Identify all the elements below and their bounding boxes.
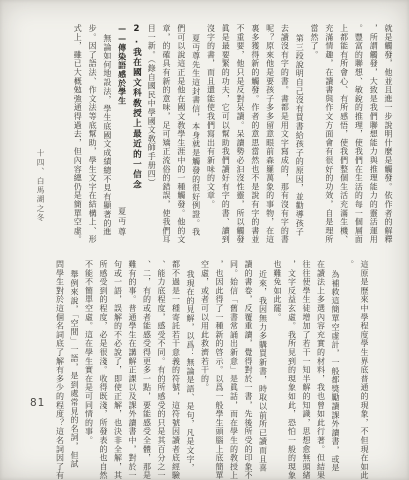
- text-column: 所感受到的程度，必是很淺。收得既淺，所發表的也自然: [96, 260, 111, 474]
- text-column: 們可以說這正是他在國文敎學生涯中的一種觸發。他的文: [173, 24, 188, 238]
- text-column: 第三段說明自己沒有買書給孩子的原因，並勸導孩子: [291, 24, 306, 238]
- section-subtitle: ——傳染語感於學生: [114, 24, 129, 105]
- section-heading: 2.我在國文科敎授上最近的一信念: [129, 24, 144, 238]
- text-column: 呢？原來他是要孩子多多留意眼前森羅萬象的事物，在這: [262, 24, 277, 238]
- text-column: 都不過是一種寄託若干意義的符號，這符號因讀者底經驗: [168, 260, 183, 474]
- text-column: ，也因此得了一種新的啓示。以爲一般學生頭腦上底簡單: [212, 260, 227, 474]
- text-column: 眞是最要緊的功夫，它可以幫助我們讀好有字的書、讀到: [217, 24, 232, 238]
- text-column: 章，的確具有新的意味，足可矯正流俗的錯誤，使我們耳: [158, 24, 173, 238]
- text-column: 往往使學生徒增加了若干一知半解的知識，思想愈無頭緒: [299, 260, 314, 474]
- text-column: 、能力底程度，感受不同。有的所感受的只是其百分之一: [154, 260, 169, 474]
- text-column: 無論如何地設法，學生底國文成績總不見有顯著的進: [99, 24, 114, 238]
- text-column: 式上，雖已大概勉強通得過去，但內容總仍是簡單空虛。: [69, 24, 84, 238]
- text-column: 步。因了語法、作文法等底幫助，學生文字在結構上、形: [84, 24, 99, 238]
- text-column: 問學生對於這個名詞底了解有多少的程度？這名詞因了有: [52, 260, 67, 474]
- text-column: 上都能有所會心、有所感悟，使我們整個生活充滿生機、: [336, 24, 351, 238]
- text-column: 也難免如此罷。: [270, 260, 285, 474]
- text-column: 當然了。: [306, 24, 321, 238]
- text-column: 讀的書卷，反覆重讀，覺得對於一書，先後所受的印象不: [241, 260, 256, 474]
- scanned-page: 就是觸發，他並且進一步說明什麼是觸發。依作者的解釋 ，所謂觸發，大致是我們聯想能…: [0, 0, 409, 480]
- text-column: ，文字反益玄虛。我所見到的現象如此，恐怕一般的現象: [284, 260, 299, 474]
- text-column: 。豐富的聯想、敏銳的推理，使我們在生活的每一個層面: [351, 24, 366, 238]
- page-number: 81: [30, 397, 45, 409]
- text-column: 近來，我因無力多購買新書，時取以前所已讀而且喜: [255, 260, 270, 474]
- text-column: 。: [342, 260, 357, 474]
- text-column: 空虛，或者可以用此救濟若干的。: [197, 260, 212, 474]
- text-column: 難有的事。普通學生在講解正課以及課外讀書中，對於一: [125, 260, 140, 474]
- running-title: 十四、白馬湖之冬: [35, 149, 46, 223]
- text-column: 舉例來說，「空間」一語，是到處常見的名詞，但試: [67, 260, 82, 474]
- text-column: 不能不簡單空虛。這在學生實在是可同情的事。: [81, 260, 96, 474]
- text-column: 去讀沒有字的書。書都是用文字寫成的，那有沒有字的書: [277, 24, 292, 238]
- text-column: 就是觸發，他並且進一步說明什麼是觸發。依作者的解釋: [380, 24, 395, 238]
- text-column: 這原是歷來中學程度學生界底普通的現象，不但現在如此: [357, 260, 372, 474]
- text-column: 為補救這簡單空虛計，一般都獎勵讀課外讀書，或是: [328, 260, 343, 474]
- text-column: 不重要，他只是反對呆讀。呆讀勢必汩沒性靈，所以觸發: [232, 24, 247, 238]
- text-column: 、二，有的或者能感受得更多一點，要能感受全體，那是: [139, 260, 154, 474]
- text-column: 目一新。（錄自國民中學國文敎師手册四）: [143, 24, 158, 238]
- text-column: 在讀法上多選內容充實的材料，我也曾如此行著。但結果: [313, 260, 328, 474]
- text-column: 同。始信「舊書常誦出新意」是眞話，而在學生的敎授上: [226, 260, 241, 474]
- text-column: 裏多獲得新的觸發。作者的意思當然也不是說有字的書並: [247, 24, 262, 238]
- bottom-text-block: 這原是歷來中學程度學生界底普通的現象，不但現在如此 。 為補救這簡單空虛計，一般…: [49, 260, 371, 474]
- text-column: 我現在的見解，以爲：無論是語、是句，凡是文字，: [183, 260, 198, 474]
- text-column: 充滿情趣，在讀書與作文方面會有很好的功效，自是理所: [321, 24, 336, 238]
- text-column: ，所謂觸發，大致是我們聯想能力與推理能力的靈活運用: [365, 24, 380, 238]
- section-subtitle-column: ——傳染語感於學生 夏丏尊: [114, 24, 129, 238]
- text-column: 句或一語，誤解的不必說了，即使正解，也決非全解，其: [110, 260, 125, 474]
- text-column: 夏丏尊先生這封書信，本身就是觸發的很好例證。我: [188, 24, 203, 238]
- text-column: 沒字的書，而且還能使我們寫出有新味的文章。: [203, 24, 218, 238]
- top-text-block: 就是觸發，他並且進一步說明什麼是觸發。依作者的解釋 ，所謂觸發，大致是我們聯想能…: [67, 24, 395, 238]
- author-name: 夏丏尊: [114, 207, 129, 238]
